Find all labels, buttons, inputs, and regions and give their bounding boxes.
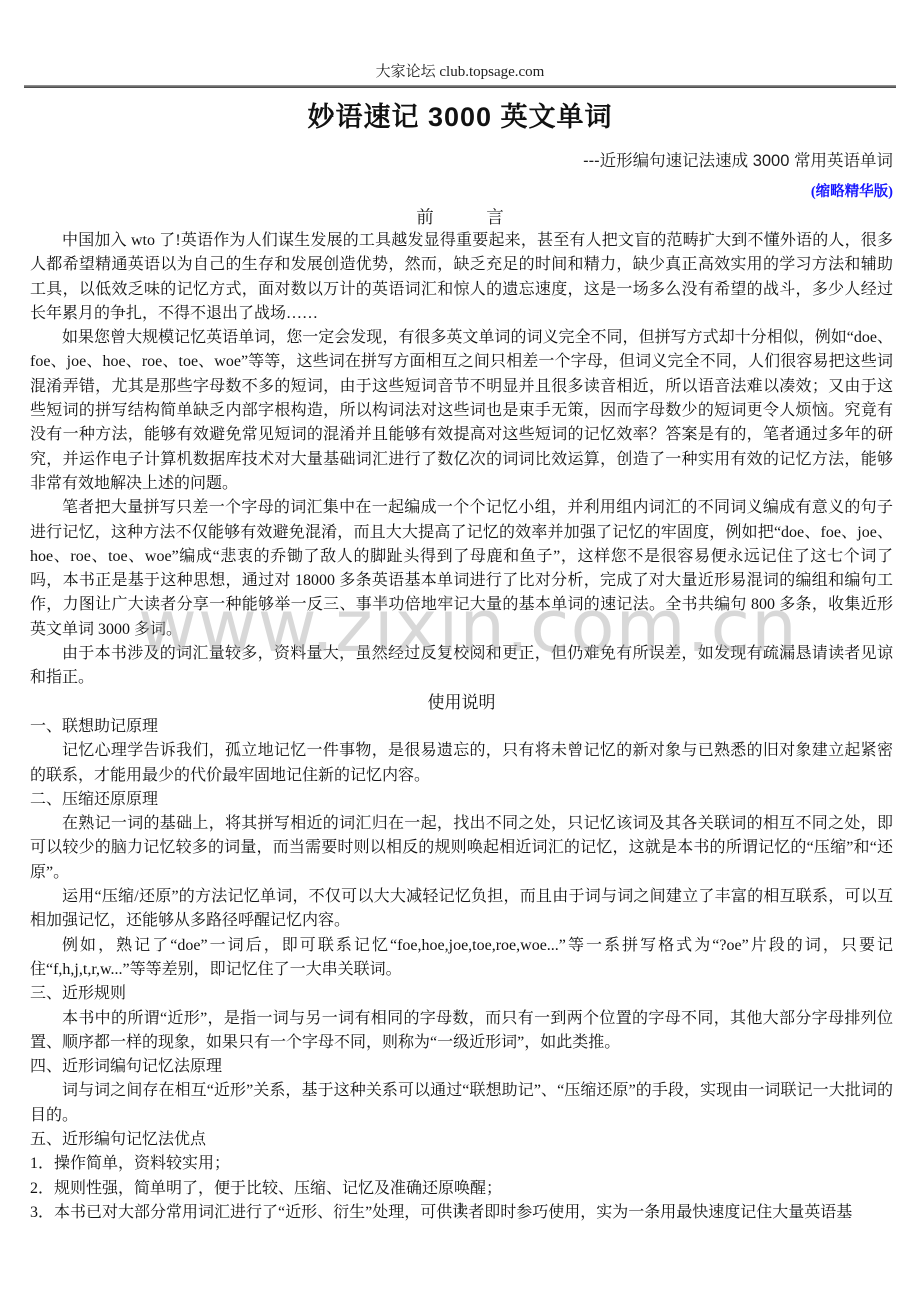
document-body: 中国加入 wto 了!英语作为人们谋生发展的工具越发显得重要起来，甚至有人把文盲… <box>30 229 893 1225</box>
usage-paragraph: 记忆心理学告诉我们，孤立地记忆一件事物，是很易遗忘的，只有将未曾记忆的新对象与已… <box>30 739 893 788</box>
usage-heading: 使用说明 <box>30 691 893 715</box>
usage-paragraph: 运用“压缩/还原”的方法记忆单词，不仅可以大大减轻记忆负担，而且由于词与词之间建… <box>30 885 893 934</box>
document-subtitle: ---近形编句速记法速成 3000 常用英语单词 <box>0 147 893 171</box>
usage-paragraph: 例如，熟记了“doe”一词后，即可联系记忆“foe,hoe,joe,toe,ro… <box>30 934 893 983</box>
usage-paragraph: 本书中的所谓“近形”，是指一词与另一词有相同的字母数，而只有一到两个位置的字母不… <box>30 1007 893 1056</box>
usage-section-heading: 五、近形编句记忆法优点 <box>30 1128 893 1152</box>
forum-site-text: 大家论坛 club.topsage.com <box>376 64 545 80</box>
usage-list-item: 1．操作简单，资料较实用； <box>30 1152 893 1176</box>
usage-list-item: 2．规则性强，简单明了，便于比较、压缩、记忆及准确还原唤醒； <box>30 1177 893 1201</box>
header-divider <box>24 85 896 88</box>
usage-section-heading: 三、近形规则 <box>30 982 893 1006</box>
usage-section-heading: 四、近形词编句记忆法原理 <box>30 1055 893 1079</box>
preface-paragraph: 笔者把大量拼写只差一个字母的词汇集中在一起编成一个个记忆小组，并利用组内词汇的不… <box>30 496 893 642</box>
usage-section: 一、联想助记原理记忆心理学告诉我们，孤立地记忆一件事物，是很易遗忘的，只有将未曾… <box>30 715 893 1225</box>
usage-paragraph: 在熟记一词的基础上，将其拼写相近的词汇归在一起，找出不同之处，只记忆该词及其各关… <box>30 812 893 885</box>
preface-paragraph: 中国加入 wto 了!英语作为人们谋生发展的工具越发显得重要起来，甚至有人把文盲… <box>30 229 893 326</box>
edition-note: (缩略精华版) <box>0 180 893 201</box>
preface-paragraph: 如果您曾大规模记忆英语单词，您一定会发现，有很多英文单词的词义完全不同，但拼写方… <box>30 326 893 496</box>
document-title: 妙语速记 3000 英文单词 <box>0 95 920 134</box>
preface-paragraph: 由于本书涉及的词汇量较多，资料量大，虽然经过反复校阅和更正，但仍难免有所误差，如… <box>30 642 893 691</box>
usage-list-item: 3．本书已对大部分常用词汇进行了“近形、衍生”处理，可供读者即时参巧使用，实为一… <box>30 1201 893 1225</box>
preface-heading: 前 言 <box>0 204 920 229</box>
usage-section-heading: 一、联想助记原理 <box>30 715 893 739</box>
preface-section: 中国加入 wto 了!英语作为人们谋生发展的工具越发显得重要起来，甚至有人把文盲… <box>30 229 893 691</box>
page-header: 大家论坛 club.topsage.com <box>0 0 920 81</box>
document-page: 大家论坛 club.topsage.com 妙语速记 3000 英文单词 ---… <box>0 0 920 1302</box>
usage-paragraph: 词与词之间存在相互“近形”关系，基于这种关系可以通过“联想助记”、“压缩还原”的… <box>30 1079 893 1128</box>
usage-section-heading: 二、压缩还原原理 <box>30 788 893 812</box>
